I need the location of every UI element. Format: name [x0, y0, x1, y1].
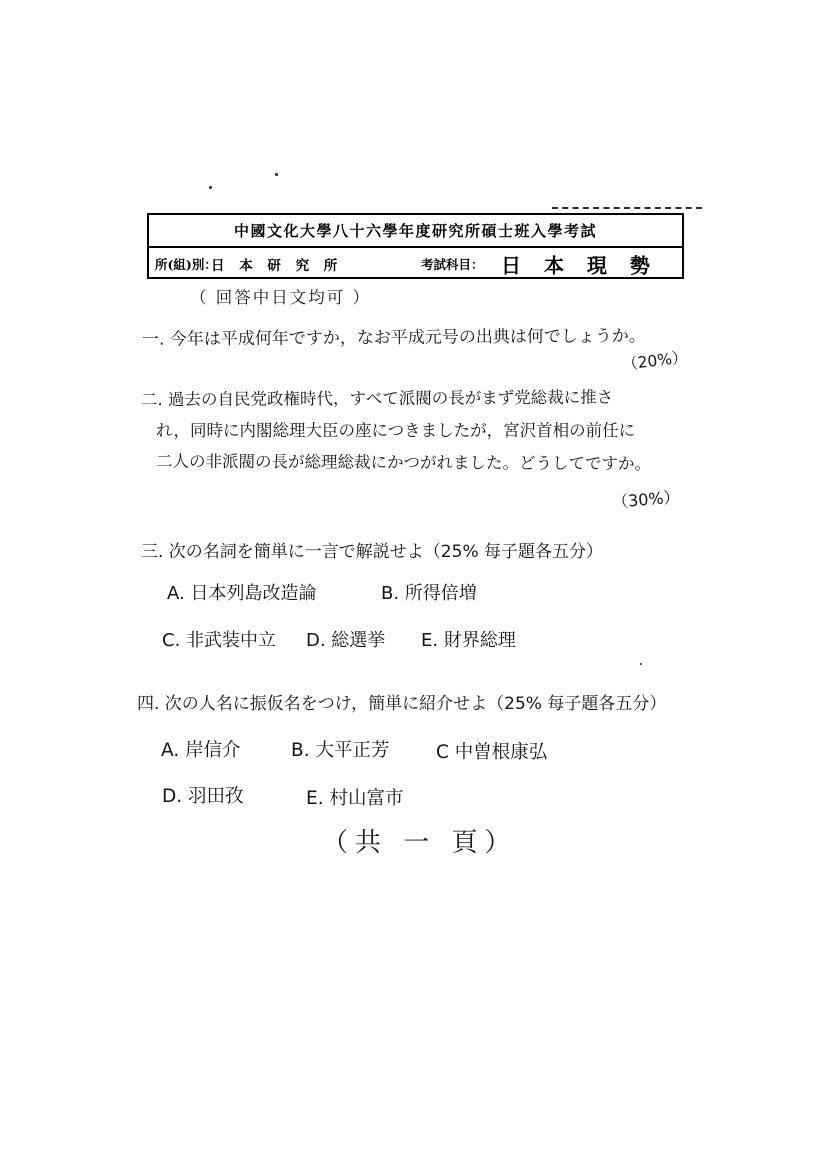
- question-2-line-3: 二人の非派閥の長が総理総裁にかつがれました。どうしてですか。: [156, 448, 651, 475]
- page-count-footer: （共 一 頁）: [322, 822, 518, 859]
- scan-noise-dot: [275, 173, 278, 176]
- question-3-item-c: C. 非武装中立: [162, 626, 276, 652]
- department-value: 日 本 研 究 所: [211, 254, 342, 274]
- question-2-line-1: 二. 過去の自民党政権時代，すべて派閥の長がまず党総裁に推さ: [141, 384, 613, 410]
- question-2-line-2: れ，同時に内閣総理大臣の座につきましたが，宮沢首相の前任に: [156, 417, 635, 441]
- subject-label: 考試科目：: [421, 255, 484, 273]
- question-4-item-c: C 中曽根康弘: [436, 738, 547, 764]
- exam-title: 中國文化大學八十六學年度研究所碩士班入學考試: [234, 220, 597, 241]
- question-3-item-a: A. 日本列島改造論: [167, 579, 316, 605]
- exam-header-fields: 所(組)別： 日 本 研 究 所 考試科目： 日 本 現 勢: [149, 248, 682, 279]
- question-1-score: （20%）: [621, 345, 689, 375]
- scan-noise-dot: [640, 663, 642, 665]
- exam-title-row: 中國文化大學八十六學年度研究所碩士班入學考試: [149, 215, 682, 248]
- subject-value: 日 本 現 勢: [501, 249, 658, 278]
- exam-header-box: 中國文化大學八十六學年度研究所碩士班入學考試 所(組)別： 日 本 研 究 所 …: [147, 213, 684, 279]
- question-3-item-e: E. 財界総理: [421, 626, 516, 652]
- question-3-item-d: D. 総選挙: [306, 626, 385, 652]
- question-4-prompt: 四. 次の人名に振仮名をつけ，簡単に紹介せよ（25% 每子題各五分）: [137, 689, 666, 714]
- question-3-prompt: 三. 次の名詞を簡単に一言で解説せよ（25% 每子題各五分）: [141, 537, 603, 562]
- scanned-exam-page: 中國文化大學八十六學年度研究所碩士班入學考試 所(組)別： 日 本 研 究 所 …: [0, 0, 816, 1150]
- question-4-item-e: E. 村山富市: [306, 784, 403, 810]
- department-label: 所(組)別：: [155, 255, 217, 273]
- question-4-item-b: B. 大平正芳: [291, 736, 389, 762]
- scan-noise-dot: [209, 186, 212, 189]
- answer-language-note: （ 回答中日文均可 ）: [190, 284, 371, 308]
- question-1-text: 一. 今年は平成何年ですか，なお平成元号の出典は何でしょうか。: [142, 321, 646, 350]
- question-4-item-d: D. 羽田孜: [162, 782, 244, 808]
- question-3-item-b: B. 所得倍増: [381, 579, 477, 605]
- question-2-score: （30%）: [611, 484, 680, 513]
- scan-artifact-dashed-line: [552, 207, 702, 209]
- question-4-item-a: A. 岸信介: [161, 736, 241, 762]
